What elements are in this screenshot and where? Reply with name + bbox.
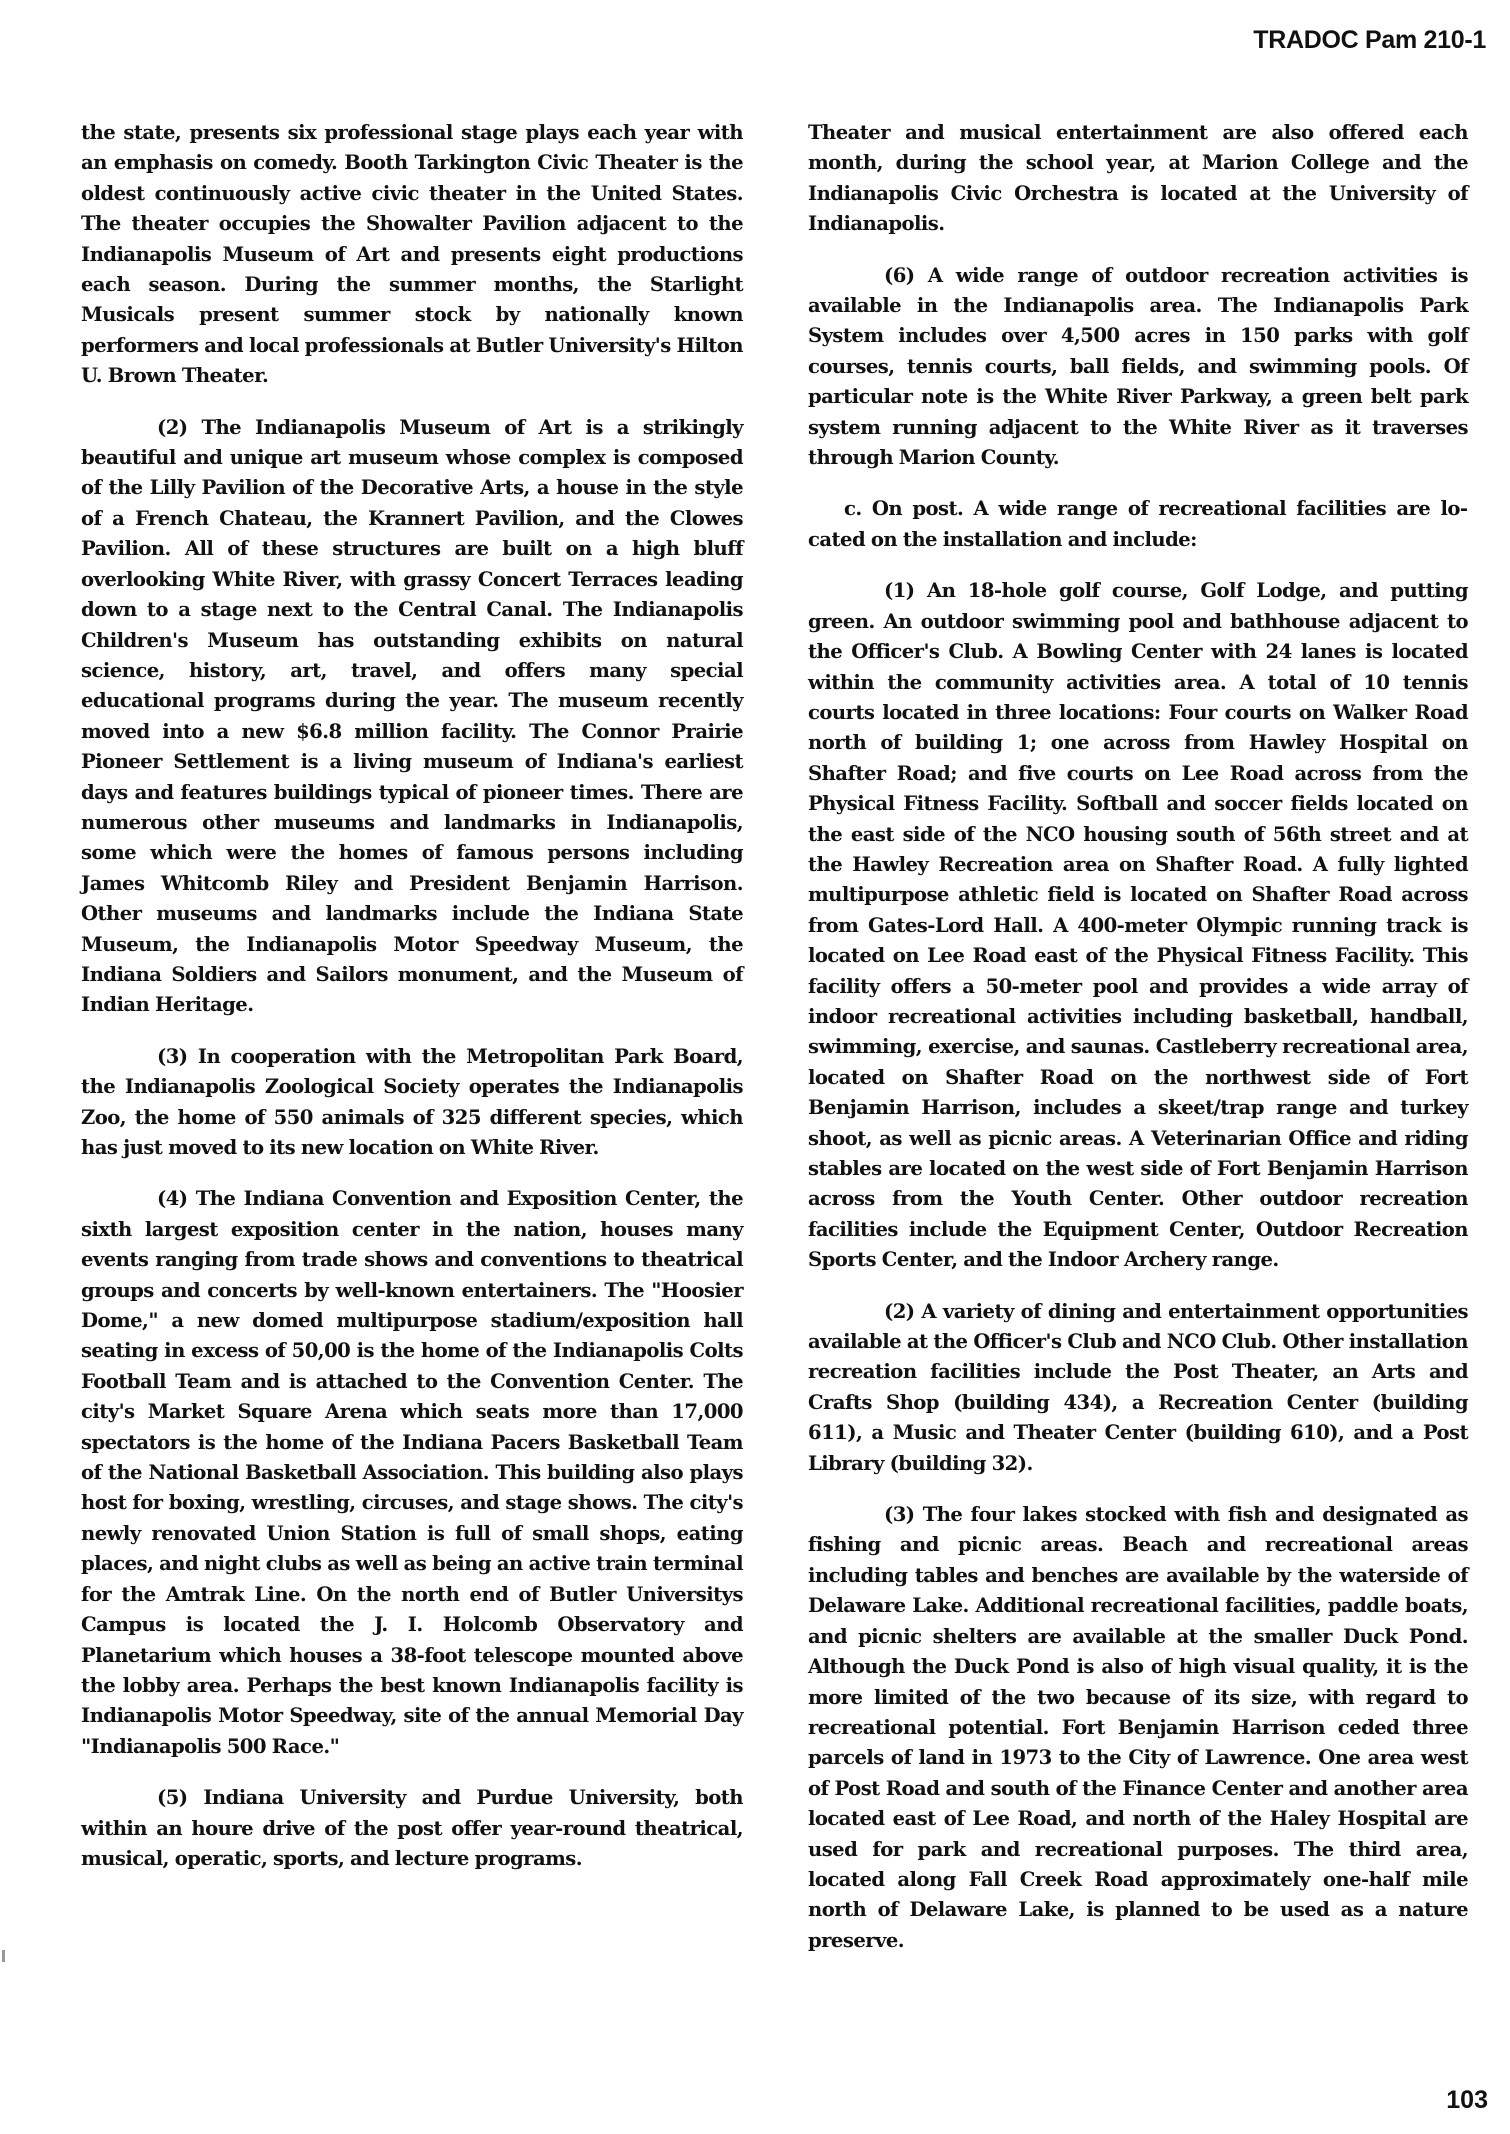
paragraph-zoo: (3) In cooperation with the Metropolitan…	[81, 1042, 743, 1164]
scan-artifact	[2, 1950, 5, 1962]
paragraph-outdoor-recreation: (6) A wide range of outdoor recreation a…	[808, 261, 1468, 474]
section-heading-on-post: c. On post. A wide range of recreational…	[808, 494, 1468, 555]
paragraph-museum-of-art: (2) The Indianapolis Museum of Art is a …	[81, 413, 743, 1021]
paragraph-lakes: (3) The four lakes stocked with fish and…	[808, 1500, 1468, 1956]
left-text-column: the state, presents six professional sta…	[81, 118, 743, 1895]
document-id-header: TRADOC Pam 210-1	[1253, 26, 1486, 55]
paragraph-universities: (5) Indiana University and Purdue Univer…	[81, 1783, 743, 1874]
paragraph-golf-and-sports-facilities: (1) An 18-hole golf course, Golf Lodge, …	[808, 576, 1468, 1275]
page-number: 103	[1446, 2086, 1488, 2115]
paragraph-theater-continued: the state, presents six professional sta…	[81, 118, 743, 392]
paragraph-dining-entertainment: (2) A variety of dining and entertainmen…	[808, 1297, 1468, 1479]
paragraph-universities-continued: Theater and musical entertainment are al…	[808, 118, 1468, 240]
right-text-column: Theater and musical entertainment are al…	[808, 118, 1468, 1977]
paragraph-convention-center: (4) The Indiana Convention and Expositio…	[81, 1184, 743, 1762]
